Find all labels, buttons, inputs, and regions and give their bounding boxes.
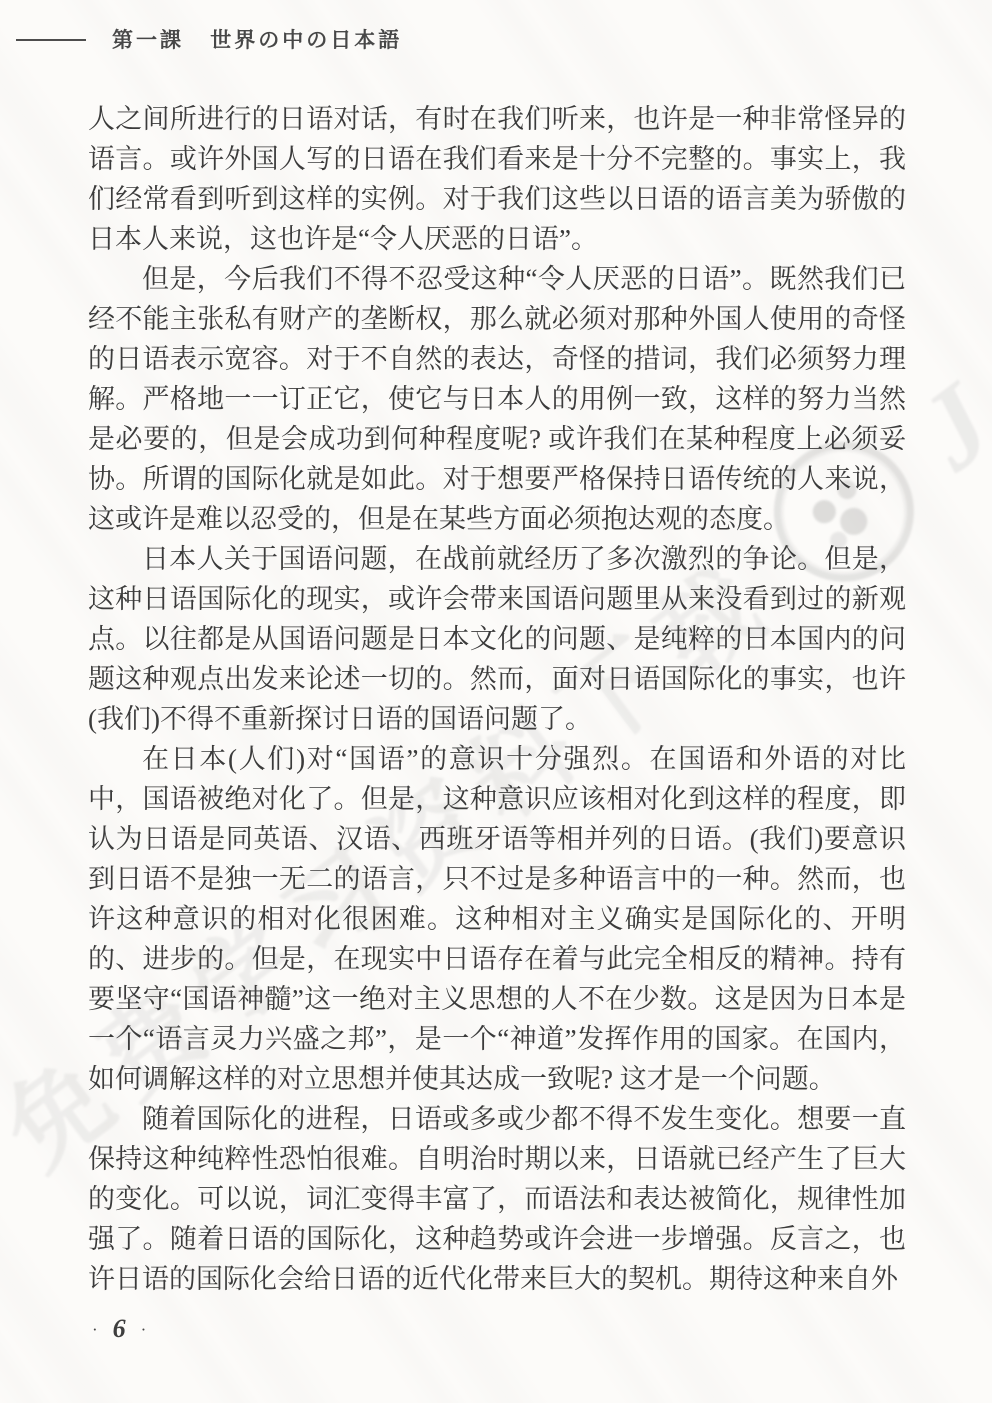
page-header: 第一課 世界の中の日本語 — [0, 24, 992, 74]
paragraph-1: 人之间所进行的日语对话，有时在我们听来，也许是一种非常怪异的语言。或许外国人写的… — [88, 99, 906, 259]
paragraph-5: 随着国际化的进程，日语或多或少都不得不发生变化。想要一直保持这种纯粹性恐怕很难。… — [88, 1099, 906, 1299]
page-number: 6 — [113, 1316, 126, 1342]
body-text: 人之间所进行的日语对话，有时在我们听来，也许是一种非常怪异的语言。或许外国人写的… — [88, 99, 906, 1299]
footer-dot-right: · — [141, 1321, 147, 1338]
paragraph-3: 日本人关于国语问题，在战前就经历了多次激烈的争论。但是，这种日语国际化的现实，或… — [88, 539, 906, 739]
paragraph-2: 但是，今后我们不得不忍受这种“令人厌恶的日语”。既然我们已经不能主张私有财产的垄… — [88, 259, 906, 539]
lesson-title: 世界の中の日本語 — [210, 28, 402, 52]
page-title: 第一課 世界の中の日本語 — [112, 24, 402, 54]
header-rule — [16, 39, 86, 41]
page-footer: · 6 · — [92, 1316, 146, 1342]
lesson-number: 第一課 — [112, 28, 184, 52]
footer-dot-left: · — [92, 1321, 98, 1338]
watermark-latin-text: JAFP — [895, 165, 992, 495]
book-page: 免费学习资料下载 JAFP 第一課 世界の中の日本語 人之间所进行的日语对话，有… — [0, 0, 992, 1403]
paragraph-4: 在日本(人们)对“国语”的意识十分强烈。在国语和外语的对比中，国语被绝对化了。但… — [88, 739, 906, 1099]
